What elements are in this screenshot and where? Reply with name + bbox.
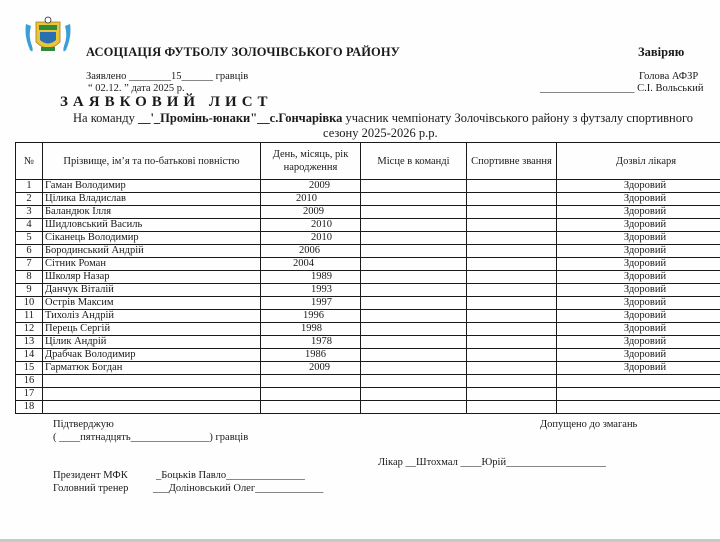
organization-name: АСОЦІАЦІЯ ФУТБОЛУ ЗОЛОЧІВСЬКОГО РАЙОНУ — [86, 45, 400, 60]
coach-signature: ___Доліновський Олег_____________ — [153, 483, 323, 494]
header-full-name: Прізвище, ім’я та по-батькові повністю — [43, 143, 261, 180]
team-position — [361, 323, 467, 336]
birth-year: 2009 — [261, 362, 361, 375]
team-position — [361, 245, 467, 258]
player-name — [43, 375, 261, 388]
birth-year: 1989 — [261, 271, 361, 284]
row-number: 1 — [16, 180, 43, 193]
sport-rank — [467, 180, 557, 193]
row-number: 13 — [16, 336, 43, 349]
row-number: 6 — [16, 245, 43, 258]
doctor-permission: Здоровий — [557, 180, 720, 193]
team-suffix: учасник чемпіонату Золочівського району … — [342, 111, 693, 125]
table-row: 10Острів Максим1997Здоровий — [16, 297, 720, 310]
table-header-row: № Прізвище, ім’я та по-батькові повністю… — [16, 143, 720, 180]
row-number: 4 — [16, 219, 43, 232]
doctor-permission: Здоровий — [557, 349, 720, 362]
row-number: 14 — [16, 349, 43, 362]
team-position — [361, 336, 467, 349]
doctor-permission: Здоровий — [557, 219, 720, 232]
birth-year: 1997 — [261, 297, 361, 310]
birth-year: 1996 — [261, 310, 361, 323]
doctor-permission: Здоровий — [557, 336, 720, 349]
doctor-permission — [557, 388, 720, 401]
team-position — [361, 401, 467, 414]
sport-rank — [467, 271, 557, 284]
sport-rank — [467, 310, 557, 323]
row-number: 5 — [16, 232, 43, 245]
player-name: Сіканець Володимир — [43, 232, 261, 245]
birth-year: 1993 — [261, 284, 361, 297]
doctor-permission — [557, 401, 720, 414]
player-name — [43, 401, 261, 414]
player-name: Бородинський Андрій — [43, 245, 261, 258]
sport-rank — [467, 245, 557, 258]
team-position — [361, 271, 467, 284]
doctor-permission: Здоровий — [557, 323, 720, 336]
table-row: 9Данчук Віталій1993Здоровий — [16, 284, 720, 297]
table-row: 3Баландюк Ілля2009Здоровий — [16, 206, 720, 219]
season-line: сезону 2025-2026 р.р. — [323, 126, 438, 141]
team-position — [361, 310, 467, 323]
player-name: Баландюк Ілля — [43, 206, 261, 219]
birth-year: 2006 — [261, 245, 361, 258]
team-position — [361, 375, 467, 388]
player-name: Тихоліз Андрій — [43, 310, 261, 323]
player-name: Перець Сергій — [43, 323, 261, 336]
player-name: Цілик Андрій — [43, 336, 261, 349]
row-number: 2 — [16, 193, 43, 206]
player-name — [43, 388, 261, 401]
row-number: 11 — [16, 310, 43, 323]
table-row: 2Цілика Владислав2010Здоровий — [16, 193, 720, 206]
table-row: 14Драбчак Володимир1986Здоровий — [16, 349, 720, 362]
table-row: 11Тихоліз Андрій1996Здоровий — [16, 310, 720, 323]
team-position — [361, 180, 467, 193]
birth-year: 1998 — [261, 323, 361, 336]
row-number: 10 — [16, 297, 43, 310]
president-label: Президент МФК — [53, 470, 128, 481]
player-name: Драбчак Володимир — [43, 349, 261, 362]
doctor-permission: Здоровий — [557, 245, 720, 258]
birth-year: 2004 — [261, 258, 361, 271]
birth-year: 2010 — [261, 232, 361, 245]
admitted-label: Допущено до змагань — [540, 419, 637, 430]
birth-year: 2010 — [261, 193, 361, 206]
table-row: 4Шидловський Василь2010Здоровий — [16, 219, 720, 232]
table-row: 6Бородинський Андрій2006Здоровий — [16, 245, 720, 258]
team-position — [361, 258, 467, 271]
doctor-permission: Здоровий — [557, 297, 720, 310]
doctor-signature-line: Лікар __Штохмал ____Юрій________________… — [378, 457, 606, 468]
team-position — [361, 388, 467, 401]
sport-rank — [467, 362, 557, 375]
doctor-permission: Здоровий — [557, 232, 720, 245]
birth-year: 1978 — [261, 336, 361, 349]
team-position — [361, 284, 467, 297]
header-birth-date: День, місяць, рік народження — [261, 143, 361, 180]
sport-rank — [467, 401, 557, 414]
row-number: 3 — [16, 206, 43, 219]
row-number: 8 — [16, 271, 43, 284]
association-crest-logo — [22, 16, 74, 56]
player-name: Гаман Володимир — [43, 180, 261, 193]
team-position — [361, 193, 467, 206]
sport-rank — [467, 258, 557, 271]
doctor-permission: Здоровий — [557, 193, 720, 206]
doctor-permission: Здоровий — [557, 310, 720, 323]
date-line: “ 02.12. ” дата 2025 р. — [88, 83, 185, 94]
player-name: Сітник Роман — [43, 258, 261, 271]
row-number: 7 — [16, 258, 43, 271]
birth-year: 2009 — [261, 180, 361, 193]
confirm-label: Підтверджую — [53, 419, 114, 430]
sport-rank — [467, 206, 557, 219]
row-number: 15 — [16, 362, 43, 375]
doctor-permission: Здоровий — [557, 362, 720, 375]
head-title: Голова АФЗР — [639, 71, 698, 82]
doctor-permission: Здоровий — [557, 284, 720, 297]
team-position — [361, 349, 467, 362]
birth-year — [261, 388, 361, 401]
birth-year — [261, 401, 361, 414]
table-row: 13Цілик Андрій1978Здоровий — [16, 336, 720, 349]
sport-rank — [467, 297, 557, 310]
doctor-permission: Здоровий — [557, 258, 720, 271]
approve-label: Завіряю — [638, 45, 684, 60]
table-row: 17 — [16, 388, 720, 401]
table-row: 5Сіканець Володимир2010Здоровий — [16, 232, 720, 245]
header-team-position: Місце в команді — [361, 143, 467, 180]
team-position — [361, 362, 467, 375]
player-name: Цілика Владислав — [43, 193, 261, 206]
player-name: Гарматюк Богдан — [43, 362, 261, 375]
president-signature: _Боцьків Павло_______________ — [156, 470, 305, 481]
table-row: 18 — [16, 401, 720, 414]
header-number: № — [16, 143, 43, 180]
header-doctor-permission: Дозвіл лікаря — [557, 143, 720, 180]
head-signature: __________________ С.І. Вольський — [540, 83, 703, 94]
table-row: 12Перець Сергій1998Здоровий — [16, 323, 720, 336]
team-position — [361, 297, 467, 310]
doctor-permission: Здоровий — [557, 206, 720, 219]
table-row: 1Гаман Володимир2009Здоровий — [16, 180, 720, 193]
row-number: 12 — [16, 323, 43, 336]
sport-rank — [467, 349, 557, 362]
player-name: Шидловський Василь — [43, 219, 261, 232]
coach-label: Головний тренер — [53, 483, 128, 494]
birth-year — [261, 375, 361, 388]
row-number: 9 — [16, 284, 43, 297]
header-sport-rank: Спортивне звання — [467, 143, 557, 180]
team-line: На команду __'_Промінь-юнаки"__с.Гончарі… — [73, 111, 693, 126]
sport-rank — [467, 323, 557, 336]
sport-rank — [467, 336, 557, 349]
sport-rank — [467, 284, 557, 297]
team-position — [361, 232, 467, 245]
team-prefix: На команду — [73, 111, 138, 125]
table-row: 8Школяр Назар1989Здоровий — [16, 271, 720, 284]
table-row: 7Сітник Роман2004Здоровий — [16, 258, 720, 271]
sport-rank — [467, 375, 557, 388]
row-number: 17 — [16, 388, 43, 401]
doctor-permission: Здоровий — [557, 271, 720, 284]
player-name: Острів Максим — [43, 297, 261, 310]
team-position — [361, 219, 467, 232]
row-number: 16 — [16, 375, 43, 388]
form-title: ЗАЯВКОВИЙ ЛИСТ — [60, 94, 273, 111]
birth-year: 1986 — [261, 349, 361, 362]
row-number: 18 — [16, 401, 43, 414]
sport-rank — [467, 219, 557, 232]
confirm-count: ( ____пятнадцять_______________) гравців — [53, 432, 248, 443]
sport-rank — [467, 193, 557, 206]
doctor-permission — [557, 375, 720, 388]
team-position — [361, 206, 467, 219]
player-name: Данчук Віталій — [43, 284, 261, 297]
table-row: 15Гарматюк Богдан2009Здоровий — [16, 362, 720, 375]
sport-rank — [467, 388, 557, 401]
player-name: Школяр Назар — [43, 271, 261, 284]
team-name: __'_Промінь-юнаки"__с.Гончарівка — [138, 111, 342, 125]
sport-rank — [467, 232, 557, 245]
roster-table: № Прізвище, ім’я та по-батькові повністю… — [15, 142, 720, 414]
declared-players-line: Заявлено ________15______ гравців — [86, 71, 248, 82]
birth-year: 2010 — [261, 219, 361, 232]
birth-year: 2009 — [261, 206, 361, 219]
table-row: 16 — [16, 375, 720, 388]
